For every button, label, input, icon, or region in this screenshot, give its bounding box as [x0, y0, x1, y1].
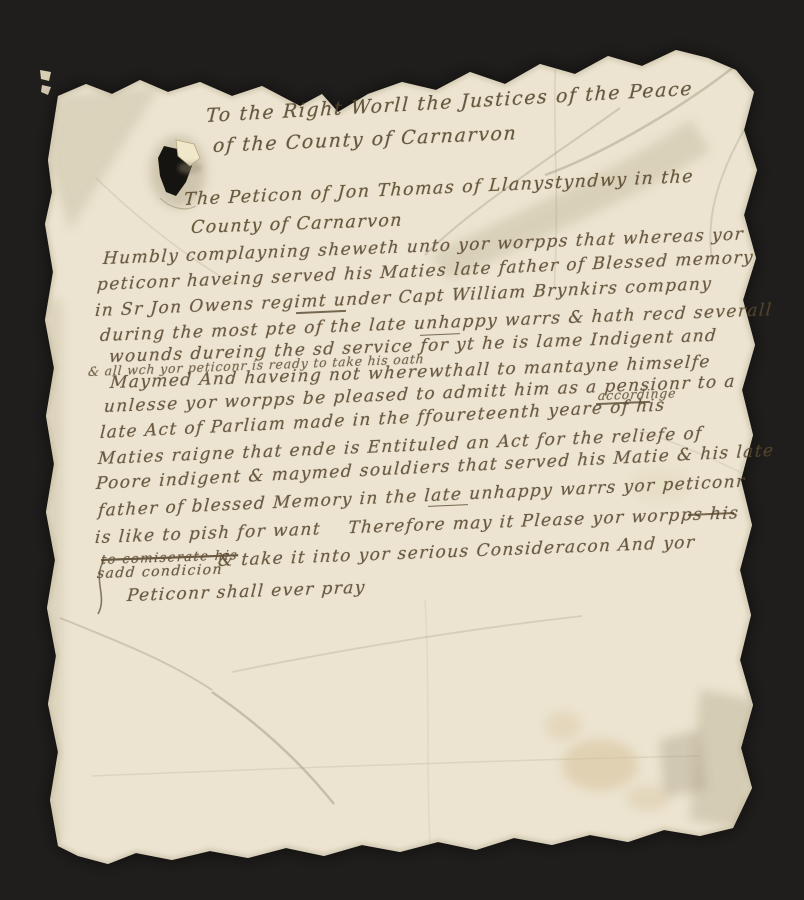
- manuscript-line: sadd condicion: [96, 562, 223, 582]
- petition-title-line: The Peticon of Jon Thomas of Llanystyndw…: [183, 167, 694, 210]
- address-line: of the County of Carnarvon: [212, 122, 518, 157]
- scanned-manuscript-page: To the Right Worll the Justices of the P…: [0, 0, 804, 900]
- petition-title-line: County of Carnarvon: [190, 211, 403, 238]
- address-line: To the Right Worll the Justices of the P…: [205, 78, 693, 127]
- closing-prayer-line: Peticonr shall ever pray: [126, 578, 366, 606]
- handwriting-layer: To the Right Worll the Justices of the P…: [0, 0, 804, 900]
